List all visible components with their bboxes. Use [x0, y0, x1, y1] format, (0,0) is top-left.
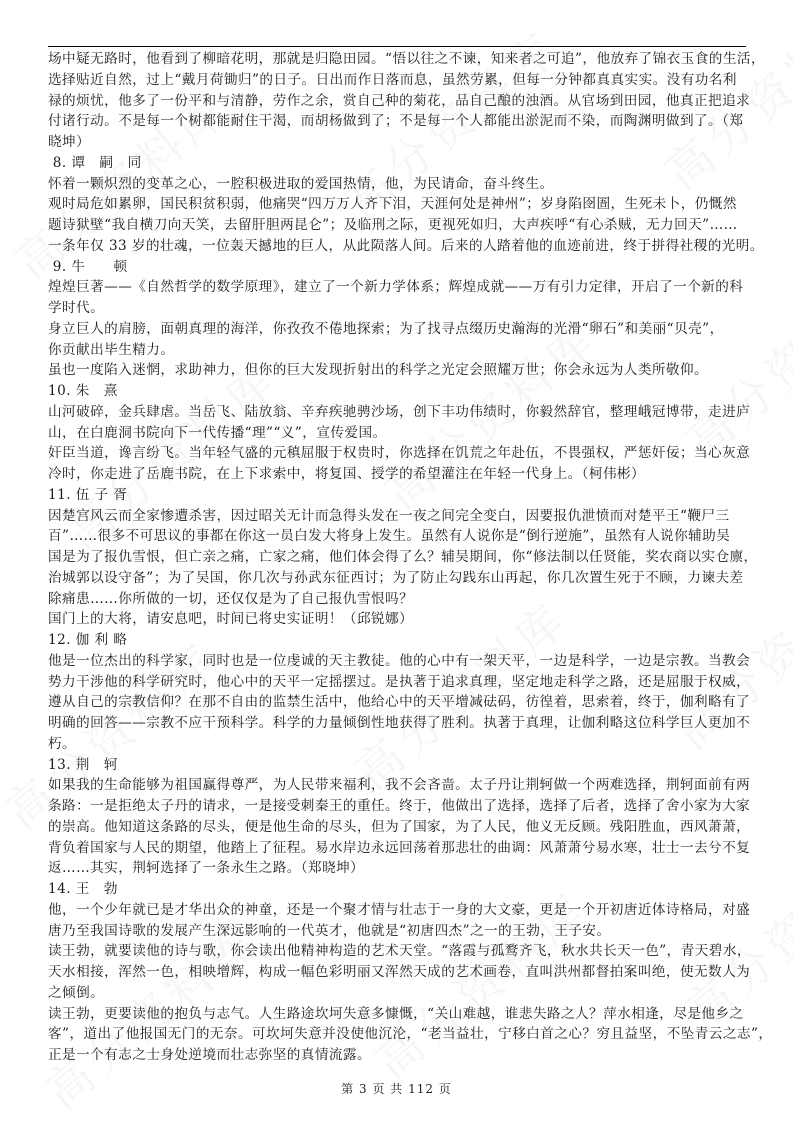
section: 11. 伍 子 胥因楚宫风云而全家惨遭杀害，因过昭关无计而急得头发在一夜之间完全… [48, 485, 748, 630]
paragraph: 读王勃，更要读他的抱负与志气。人生路途坎坷失意多慷慨，“关山难越，谁悲失路之人？… [48, 1004, 748, 1066]
text-line: 禄的烦忧，他多了一份平和与清静，劳作之余，赏自己种的菊花，品自己酿的浊酒。从官场… [48, 91, 748, 112]
text-line: 他，一个少年就已是才华出众的神童，还是一个聚才情与壮志于一身的大文豪，更是一个开… [48, 900, 748, 921]
text-line: 治城郭以设守备”；为了吴国，你几次与孙武东征西讨；为了防止勾践东山再起，你几次置… [48, 568, 748, 589]
section-heading: 14. 王 勃 [48, 879, 748, 900]
text-line: 读王勃，更要读他的抱负与志气。人生路途坎坷失意多慷慨，“关山难越，谁悲失路之人？… [48, 1004, 748, 1025]
text-line: 条路：一是拒绝太子丹的请求，一是接受刺秦王的重任。终于，他做出了选择，选择了后者… [48, 796, 748, 817]
section: 14. 王 勃他，一个少年就已是才华出众的神童，还是一个聚才情与壮志于一身的大文… [48, 879, 748, 1066]
paragraph: 他，一个少年就已是才华出众的神童，还是一个聚才情与壮志于一身的大文豪，更是一个开… [48, 900, 748, 942]
paragraph: 观时局危如累卵，国民积贫积弱，他痛哭“四万万人齐下泪，天涯何处是神州”；岁身陷囹… [48, 194, 748, 256]
text-line: 场中疑无路时，他看到了柳暗花明，那就是归隐田园。“悟以往之不谏，知来者之可追”，… [48, 49, 748, 70]
text-line: 晓坤） [48, 132, 748, 153]
paragraph: 山河破碎，金兵肆虐。当岳飞、陆放翁、辛弃疾驰骋沙场，创下丰功伟绩时，你毅然辞官，… [48, 402, 748, 444]
section: 9. 牛 顿煌煌巨著——《自然哲学的数学原理》，建立了一个新力学体系；辉煌成就—… [48, 257, 748, 382]
section-heading: 12. 伽 利 略 [48, 630, 748, 651]
text-line: 选择贴近自然，过上“戴月荷锄归”的日子。日出而作日落而息，虽然劳累，但每一分钟都… [48, 70, 748, 91]
text-line: 学时代。 [48, 298, 748, 319]
text-line: 冷时，你走进了岳鹿书院，在上下求索中，将复国、授学的希望灌注在年轻一代身上。（柯… [48, 464, 748, 485]
paragraph: 他是一位杰出的科学家，同时也是一位虔诚的天主教徒。他的心中有一架天平，一边是科学… [48, 651, 748, 755]
text-line: 遵从自己的宗教信仰？在那不自由的监禁生活中，他给心中的天平增减砝码，彷徨着，思索… [48, 692, 748, 713]
paragraph: 国门上的大将，请安息吧，时间已将史实证明！（邱锐娜） [48, 609, 748, 630]
section-heading: 13. 荆 轲 [48, 755, 748, 776]
text-line: 势力干涉他的科学研究时，他心中的天平一定摇摆过。是执著于追求真理，坚定地走科学之… [48, 672, 748, 693]
section: 12. 伽 利 略他是一位杰出的科学家，同时也是一位虔诚的天主教徒。他的心中有一… [48, 630, 748, 755]
text-line: 国是为了报仇雪恨，但亡亲之痛，亡家之痛，他们体会得了么？辅吴期间，你“修法制以任… [48, 547, 748, 568]
text-line: 奸臣当道，谗言纷飞。当年轻气盛的元稹屈服于权贵时，你选择在饥荒之年赴伍，不畏强权… [48, 443, 748, 464]
text-line: 返……其实，荆轲选择了一条永生之路。（郑晓坤） [48, 858, 748, 879]
text-line: 你贡献出毕生精力。 [48, 340, 748, 361]
text-line: 明确的回答——宗教不应干预科学。科学的力量倾倒性地获得了胜利。执著于真理，让伽利… [48, 713, 748, 734]
paragraph: 虽也一度陷入迷惘，求助神力，但你的巨大发现折射出的科学之光定会照耀万世；你会永远… [48, 360, 748, 381]
text-line: 虽也一度陷入迷惘，求助神力，但你的巨大发现折射出的科学之光定会照耀万世；你会永远… [48, 360, 748, 381]
text-line: 山河破碎，金兵肆虐。当岳飞、陆放翁、辛弃疾驰骋沙场，创下丰功伟绩时，你毅然辞官，… [48, 402, 748, 423]
text-line: 读王勃，就要读他的诗与歌，你会读出他精神构造的艺术天堂。“落霞与孤鹜齐飞，秋水共… [48, 941, 748, 962]
text-line: 百”……很多不可思议的事都在你这一员白发大将身上发生。虽然有人说你是“倒行逆施”… [48, 526, 748, 547]
text-line: 山，在白鹿洞书院向下一代传播“理”“义”，宣传爱国。 [48, 423, 748, 444]
paragraph: 煌煌巨著——《自然哲学的数学原理》，建立了一个新力学体系；辉煌成就——万有引力定… [48, 277, 748, 319]
document-body: 场中疑无路时，他看到了柳暗花明，那就是归隐田园。“悟以往之不谏，知来者之可追”，… [48, 49, 748, 1066]
text-line: 背负着国家与人民的期望，他踏上了征程。易水岸边永远回荡着那悲壮的曲调：风萧萧兮易… [48, 838, 748, 859]
text-line: 因楚宫风云而全家惨遭杀害，因过昭关无计而急得头发在一夜之间完全变白，因要报仇泄愤… [48, 506, 748, 527]
text-line: 付诸行动。不是每一个树都能耐住干渴，而胡杨做到了；不是每一个人都能出淤泥而不染，… [48, 111, 748, 132]
paragraph: 奸臣当道，谗言纷飞。当年轻气盛的元稹屈服于权贵时，你选择在饥荒之年赴伍，不畏强权… [48, 443, 748, 485]
header-rule [48, 46, 746, 47]
paragraph: 如果我的生命能够为祖国赢得尊严，为人民带来福利，我不会吝啬。太子丹让荆轲做一个两… [48, 775, 748, 879]
text-line: 如果我的生命能够为祖国赢得尊严，为人民带来福利，我不会吝啬。太子丹让荆轲做一个两… [48, 775, 748, 796]
text-line: 天水相接，浑然一色，相映增辉，构成一幅色彩明丽又浑然天成的艺术画卷，直叫洪州都督… [48, 962, 748, 983]
text-line: 一条年仅 33 岁的壮魂，一位轰天撼地的巨人，从此陨落人间。后来的人踏着他的血迹… [48, 236, 748, 257]
paragraph: 因楚宫风云而全家惨遭杀害，因过昭关无计而急得头发在一夜之间完全变白，因要报仇泄愤… [48, 506, 748, 610]
text-line: 正是一个有志之士身处逆境而壮志弥坚的真情流露。 [48, 1045, 748, 1066]
paragraph: 身立巨人的肩膀，面朝真理的海洋，你孜孜不倦地探索；为了找寻点缀历史瀚海的光滑“卵… [48, 319, 748, 361]
section-heading: 9. 牛 顿 [48, 257, 748, 278]
text-line: 除痛患……你所做的一切，还仅仅是为了自己报仇雪恨吗？ [48, 589, 748, 610]
text-line: 怀着一颗炽烈的变革之心，一腔积极进取的爱国热情，他，为民请命，奋斗终生。 [48, 174, 748, 195]
text-line: 的崇高。他知道这条路的尽头，便是他生命的尽头，但为了国家，为了人民，他义无反顾。… [48, 817, 748, 838]
paragraph: 怀着一颗炽烈的变革之心，一腔积极进取的爱国热情，他，为民请命，奋斗终生。 [48, 174, 748, 195]
section-heading: 10. 朱 熹 [48, 381, 748, 402]
page-footer: 第 3 页 共 112 页 [0, 1080, 793, 1097]
text-line: 国门上的大将，请安息吧，时间已将史实证明！（邱锐娜） [48, 609, 748, 630]
section: 10. 朱 熹山河破碎，金兵肆虐。当岳飞、陆放翁、辛弃疾驰骋沙场，创下丰功伟绩时… [48, 381, 748, 485]
section: 13. 荆 轲如果我的生命能够为祖国赢得尊严，为人民带来福利，我不会吝啬。太子丹… [48, 755, 748, 880]
section: 场中疑无路时，他看到了柳暗花明，那就是归隐田园。“悟以往之不谏，知来者之可追”，… [48, 49, 748, 153]
text-line: 他是一位杰出的科学家，同时也是一位虔诚的天主教徒。他的心中有一架天平，一边是科学… [48, 651, 748, 672]
section-heading: 8. 谭 嗣 同 [48, 153, 748, 174]
text-line: 朽。 [48, 734, 748, 755]
paragraph: 场中疑无路时，他看到了柳暗花明，那就是归隐田园。“悟以往之不谏，知来者之可追”，… [48, 49, 748, 153]
text-line: 之倾倒。 [48, 983, 748, 1004]
text-line: 煌煌巨著——《自然哲学的数学原理》，建立了一个新力学体系；辉煌成就——万有引力定… [48, 277, 748, 298]
section: 8. 谭 嗣 同怀着一颗炽烈的变革之心，一腔积极进取的爱国热情，他，为民请命，奋… [48, 153, 748, 257]
section-heading: 11. 伍 子 胥 [48, 485, 748, 506]
paragraph: 读王勃，就要读他的诗与歌，你会读出他精神构造的艺术天堂。“落霞与孤鹜齐飞，秋水共… [48, 941, 748, 1003]
text-line: 唐乃至我国诗歌的发展产生深远影响的一代英才，他就是“初唐四杰”之一的王勃，王子安… [48, 921, 748, 942]
text-line: 客”，道出了他报国无门的无奈。可坎坷失意并没使他沉沦，“老当益壮，宁移白首之心？… [48, 1024, 748, 1045]
text-line: 观时局危如累卵，国民积贫积弱，他痛哭“四万万人齐下泪，天涯何处是神州”；岁身陷囹… [48, 194, 748, 215]
text-line: 题诗狱壁“我自横刀向天笑，去留肝胆两昆仑”；及临刑之际，更视死如归，大声疾呼“有… [48, 215, 748, 236]
text-line: 身立巨人的肩膀，面朝真理的海洋，你孜孜不倦地探索；为了找寻点缀历史瀚海的光滑“卵… [48, 319, 748, 340]
